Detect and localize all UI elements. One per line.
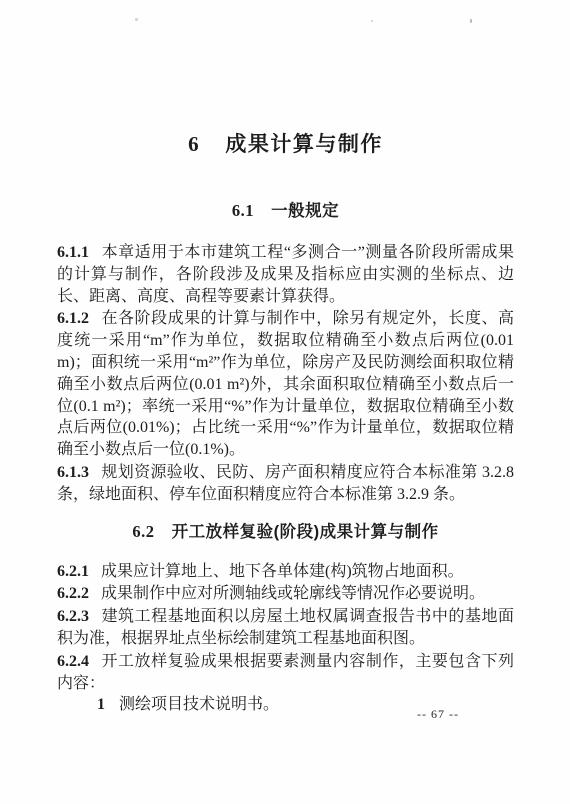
clause-text: 成果应计算地上、地下各单体建(构)筑物占地面积。: [101, 563, 464, 580]
section-heading-6-2: 6.2 开工放样复验(阶段)成果计算与制作: [57, 522, 514, 542]
scan-artifact: [470, 19, 472, 23]
clause-text: 在各阶段成果的计算与制作中，除另有规定外，长度、高度统一采用“m”作为单位，数据…: [57, 310, 514, 458]
clause-text: 成果制作中应对所测轴线或轮廓线等情况作必要说明。: [101, 585, 485, 602]
item-text: 测绘项目技术说明书。: [119, 696, 279, 713]
clause-text: 本章适用于本市建筑工程“多测合一”测量各阶段所需成果的计算与制作，各阶段涉及成果…: [57, 244, 514, 305]
chapter-title: 成果计算与制作: [225, 133, 383, 156]
clause-6-2-1: 6.2.1成果应计算地上、地下各单体建(构)筑物占地面积。: [57, 561, 514, 583]
clause-6-1-1: 6.1.1本章适用于本市建筑工程“多测合一”测量各阶段所需成果的计算与制作，各阶…: [57, 242, 514, 307]
clause-number: 6.1.1: [57, 244, 89, 261]
clause-number: 6.2.4: [57, 653, 89, 670]
section-heading-6-1: 6.1 一般规定: [57, 201, 514, 221]
clause-number: 6.2.1: [57, 563, 89, 580]
clause-6-1-3: 6.1.3规划资源验收、民防、房产面积精度应符合本标准第 3.2.8 条，绿地面…: [57, 462, 514, 506]
clause-number: 6.1.3: [57, 464, 89, 481]
clause-number: 6.2.2: [57, 585, 89, 602]
section-number: 6.2: [132, 522, 154, 541]
page-number: -- 67 --: [417, 707, 459, 722]
clause-text: 建筑工程基地面积以房屋土地权属调查报告书中的基地面积为准，根据界址点坐标绘制建筑…: [57, 608, 514, 647]
clause-6-2-3: 6.2.3建筑工程基地面积以房屋土地权属调查报告书中的基地面积为准，根据界址点坐…: [57, 606, 514, 650]
chapter-number: 6: [188, 132, 200, 156]
clause-number: 6.2.3: [57, 608, 89, 625]
clause-number: 6.1.2: [57, 310, 89, 327]
clause-text: 规划资源验收、民防、房产面积精度应符合本标准第 3.2.8 条，绿地面积、停车位…: [57, 464, 514, 503]
section-title: 一般规定: [271, 202, 339, 220]
clause-6-1-2: 6.1.2在各阶段成果的计算与制作中，除另有规定外，长度、高度统一采用“m”作为…: [57, 308, 514, 461]
scan-artifact: [135, 18, 138, 21]
scan-artifact: [371, 20, 373, 22]
section-number: 6.1: [232, 201, 254, 220]
clause-text: 开工放样复验成果根据要素测量内容制作，主要包含下列内容：: [57, 653, 514, 692]
section-title: 开工放样复验(阶段)成果计算与制作: [172, 523, 439, 541]
clause-6-2-4: 6.2.4开工放样复验成果根据要素测量内容制作，主要包含下列内容：: [57, 651, 514, 695]
chapter-heading: 6 成果计算与制作: [57, 132, 514, 157]
item-number: 1: [97, 696, 105, 713]
clause-6-2-2: 6.2.2成果制作中应对所测轴线或轮廓线等情况作必要说明。: [57, 583, 514, 605]
document-page: 6 成果计算与制作 6.1 一般规定 6.1.1本章适用于本市建筑工程“多测合一…: [0, 0, 570, 804]
